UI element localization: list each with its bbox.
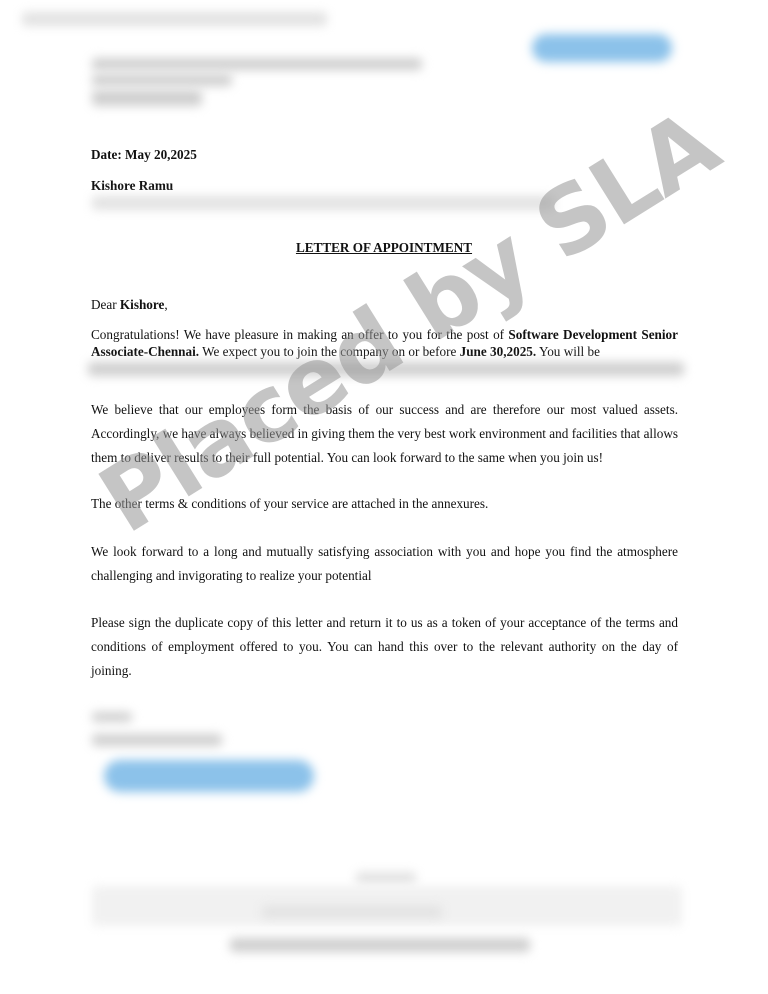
offer-text-3: You will be: [536, 344, 600, 359]
letter-date: Date: May 20,2025: [91, 143, 197, 167]
redacted-header-line: [22, 12, 327, 26]
salutation-suffix: ,: [164, 297, 167, 312]
salutation-name: Kishore: [120, 297, 164, 312]
recipient-name: Kishore Ramu: [91, 174, 173, 198]
offer-text-2: We expect you to join the company on or …: [199, 344, 460, 359]
paragraph-employees: We believe that our employees form the b…: [91, 398, 678, 470]
paragraph-sign: Please sign the duplicate copy of this l…: [91, 611, 678, 683]
paragraph-terms: The other terms & conditions of your ser…: [91, 492, 678, 516]
offer-paragraph: Congratulations! We have pleasure in mak…: [91, 326, 678, 360]
redacted-offer-line: [88, 362, 684, 376]
redacted-address-line: [92, 74, 232, 86]
salutation: Dear Kishore,: [91, 293, 168, 317]
redacted-footer-label: [356, 872, 416, 884]
redacted-address-line-2: [92, 90, 202, 106]
company-logo: [532, 34, 672, 62]
salutation-prefix: Dear: [91, 297, 120, 312]
paragraph-association: We look forward to a long and mutually s…: [91, 540, 678, 588]
redacted-signatory-line: [92, 712, 132, 722]
offer-text-1: Congratulations! We have pleasure in mak…: [91, 327, 508, 342]
signature-logo: [104, 760, 314, 792]
offer-join-date: June 30,2025.: [460, 344, 537, 359]
redacted-signatory-title: [92, 734, 222, 746]
redacted-recipient-address: [92, 196, 554, 210]
letter-title: LETTER OF APPOINTMENT: [0, 240, 768, 256]
redacted-footer-line-1: [262, 906, 442, 918]
redacted-footer-line-2: [230, 938, 530, 952]
redacted-company-name: [92, 58, 422, 70]
